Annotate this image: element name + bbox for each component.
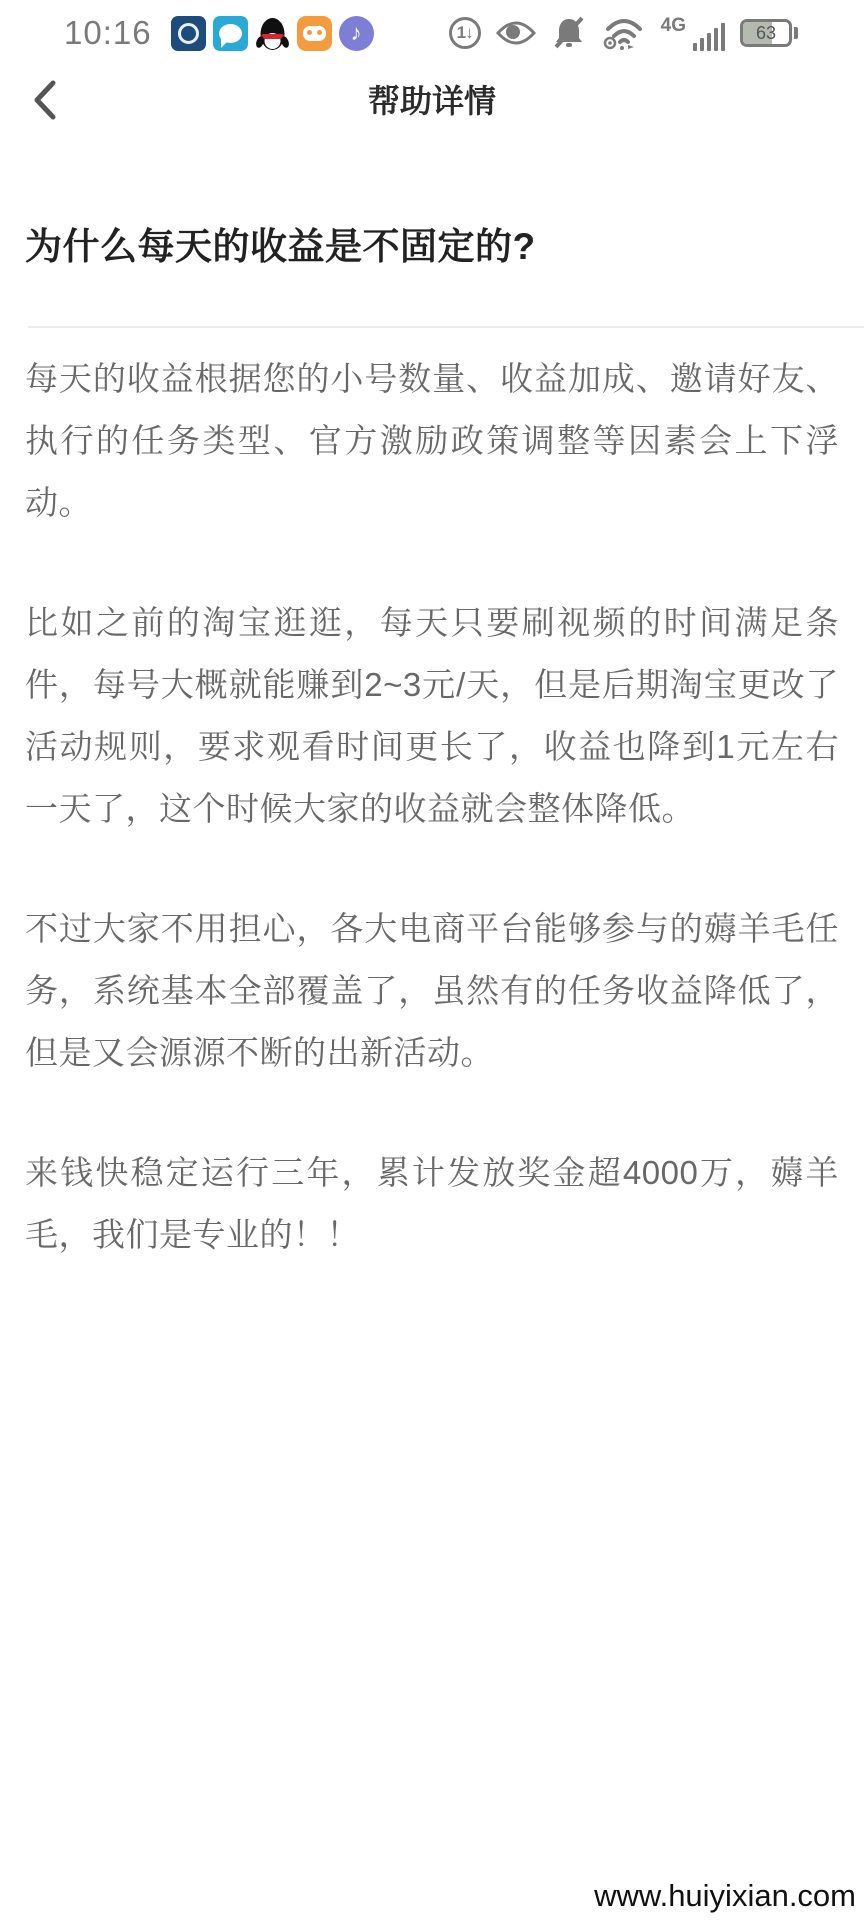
nav-bar: 帮助详情 <box>0 60 864 138</box>
status-bar-right: 1↓ <box>434 15 798 51</box>
battery-tip <box>794 27 798 39</box>
battery-percentage: 63 <box>756 23 776 44</box>
network-type-label: 4G <box>661 15 686 37</box>
watermark: www.huiyixian.com <box>594 1878 856 1914</box>
status-bar: 10:16 ♪ 1↓ <box>0 0 864 56</box>
music-app-icon: ♪ <box>339 16 374 51</box>
battery-icon: 63 <box>740 19 792 47</box>
game-controller-app-icon <box>297 16 332 51</box>
page-title: 帮助详情 <box>0 60 864 138</box>
status-time: 10:16 <box>64 14 152 52</box>
eye-protection-icon <box>496 19 536 47</box>
status-bar-left: 10:16 ♪ <box>64 14 374 52</box>
signal-bars-icon <box>690 21 725 51</box>
network-indicator: 4G <box>661 15 725 51</box>
ring-glyph <box>178 23 199 44</box>
help-paragraph-4: 来钱快稳定运行三年，累计发放奖金超4000万，薅羊毛，我们是专业的！！ <box>25 1142 839 1266</box>
help-article: 为什么每天的收益是不固定的? 每天的收益根据您的小号数量、收益加成、邀请好友、执… <box>0 138 864 1266</box>
help-paragraph-1: 每天的收益根据您的小号数量、收益加成、邀请好友、执行的任务类型、官方激励政策调整… <box>25 348 839 534</box>
gamepad-glyph <box>303 26 326 41</box>
help-paragraph-2: 比如之前的淘宝逛逛，每天只要刷视频的时间满足条件，每号大概就能赚到2~3元/天，… <box>25 592 839 840</box>
divider <box>28 326 864 328</box>
question-title: 为什么每天的收益是不固定的? <box>25 216 839 270</box>
data-saver-icon: 1↓ <box>449 17 481 49</box>
compass-app-icon <box>171 16 206 51</box>
wifi-hotspot-icon <box>602 15 646 51</box>
phone-screen: 10:16 ♪ 1↓ <box>0 0 864 1920</box>
chat-bubble-app-icon <box>213 16 248 51</box>
music-note-icon: ♪ <box>351 22 362 44</box>
bubble-glyph <box>219 24 242 43</box>
qq-penguin-app-icon <box>255 16 290 51</box>
help-paragraph-3: 不过大家不用担心，各大电商平台能够参与的薅羊毛任务，系统基本全部覆盖了，虽然有的… <box>25 898 839 1084</box>
mute-bell-icon <box>551 16 587 50</box>
